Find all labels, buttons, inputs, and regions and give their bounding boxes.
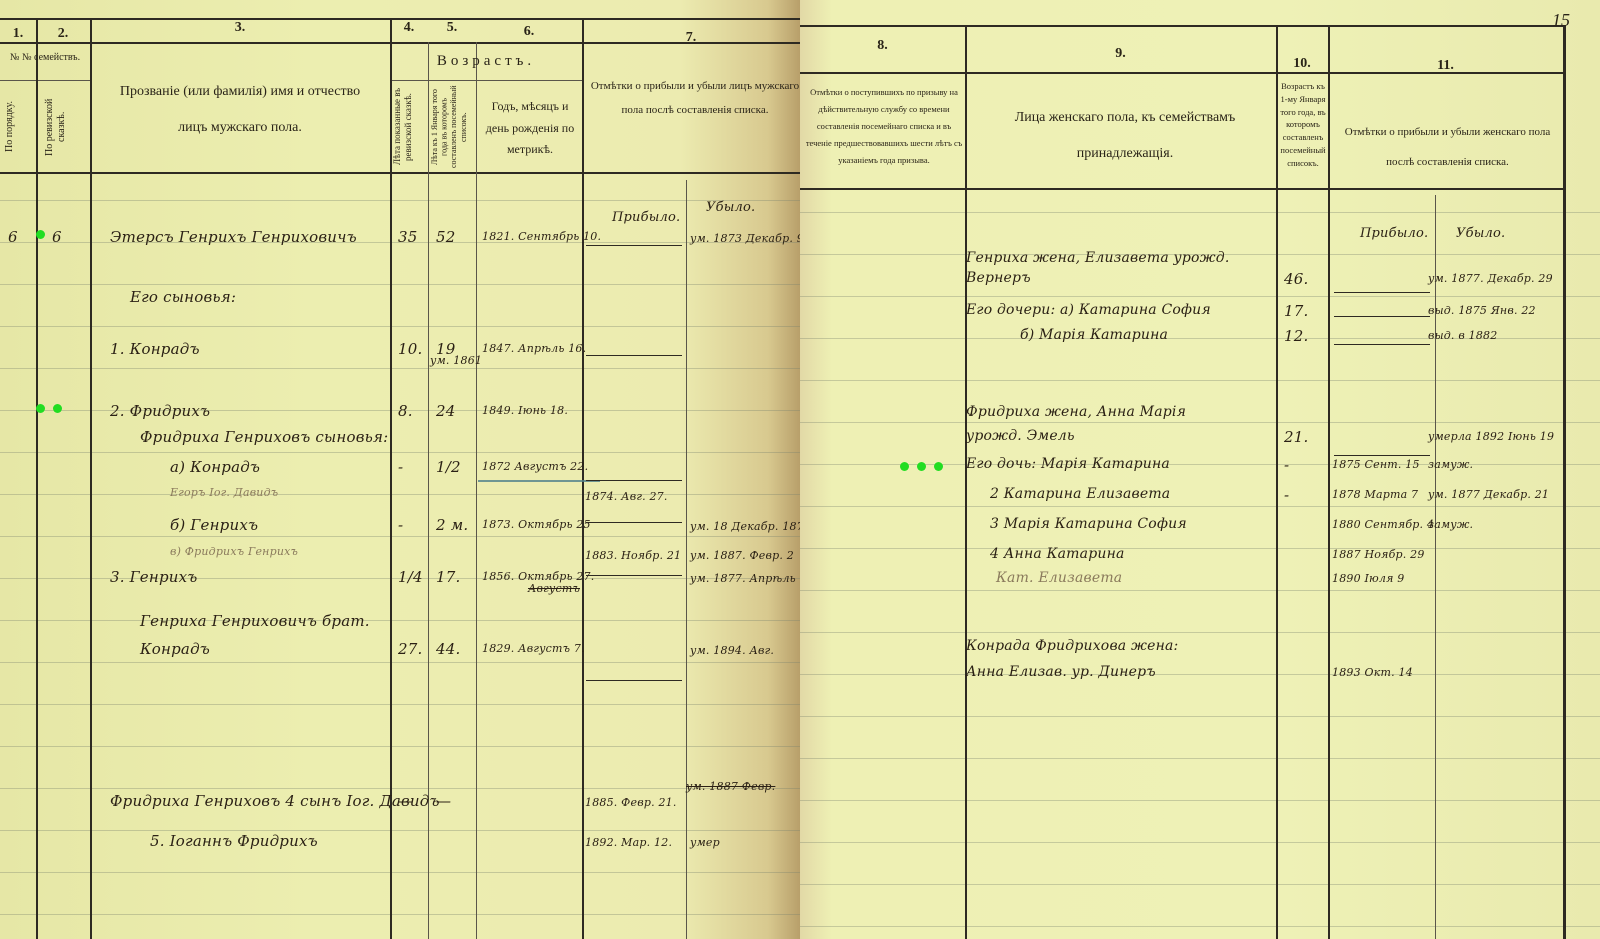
entry-birth-date: 1873. Октябрь 25 — [482, 518, 591, 531]
entry-female-age: - — [1284, 456, 1289, 474]
col-number: 9. — [965, 46, 1276, 62]
col-divider — [476, 42, 477, 939]
entry-departed: ум. 1894. Авг. — [690, 644, 774, 657]
entry-female-name: Генриха жена, Елизавета урожд. — [966, 250, 1230, 266]
col-divider — [965, 25, 967, 939]
entry-name: 2. Фридрихъ — [110, 402, 210, 420]
col7-rule — [586, 480, 682, 481]
entry-arrived: 1892. Мар. 12. — [585, 836, 672, 849]
ruled-line — [0, 620, 800, 621]
entry-birth-date: 1821. Сентябрь 10. — [482, 230, 601, 243]
col-number: 6. — [476, 24, 582, 40]
header-conscription: Отмѣтки о поступившихъ по призыву на дѣй… — [804, 84, 964, 169]
entry-female-age: 17. — [1284, 302, 1308, 320]
entry-name: Генриха Генриховичъ брат. — [140, 612, 370, 630]
entry-female-departed: замуж. — [1428, 518, 1473, 531]
entry-name: в) Фридрихъ Генрихъ — [170, 545, 298, 558]
entry-age-revision: 10. — [398, 340, 422, 358]
top-border — [800, 25, 1565, 27]
entry-age-revision: 1/4 — [398, 568, 423, 586]
entry-female-age: 12. — [1284, 327, 1308, 345]
ruled-line — [800, 758, 1600, 759]
entry-age-list: 2 м. — [436, 516, 468, 534]
entry-female-name: Кат. Елизавета — [996, 570, 1122, 586]
ruled-line — [0, 662, 800, 663]
ruled-line — [800, 506, 1600, 507]
page-number: 15 — [1552, 10, 1570, 31]
entry-arrived: 1883. Ноябр. 21 — [585, 549, 681, 562]
entry-age-list: 44. — [436, 640, 460, 658]
entry-female-name: Вернеръ — [966, 270, 1031, 286]
entry-name: Фридриха Генриховъ сыновья: — [140, 428, 388, 446]
entry-revision-number: 6 — [52, 228, 62, 246]
ruled-line — [800, 212, 1600, 213]
ruled-line — [0, 746, 800, 747]
header-age-list: Лѣта къ 1 Января того года въ которомъ с… — [430, 84, 474, 170]
ruled-line — [800, 926, 1600, 927]
header-by-revision: По ревизской сказкѣ. — [44, 86, 84, 168]
entry-birth-date: 1849. Іюнь 18. — [482, 404, 568, 417]
entry-female-departed: ум. 1877. Декабр. 29 — [1428, 272, 1553, 285]
entry-female-arrived: 1875 Сент. 15 — [1332, 458, 1420, 471]
entry-name: 5. Іоганнъ Фридрихъ — [150, 832, 318, 850]
entry-female-departed: умерла 1892 Іюнь 19 — [1428, 430, 1554, 443]
right-border — [1563, 25, 1566, 939]
ruled-line — [800, 632, 1600, 633]
col-divider — [90, 18, 92, 939]
ruled-line — [800, 548, 1600, 549]
col7-rule — [586, 245, 682, 246]
ruled-line — [0, 536, 800, 537]
ruled-line — [0, 704, 800, 705]
entry-departed: ум. 1887. Февр. 2 — [690, 549, 794, 562]
col7-rule — [586, 680, 682, 681]
entry-age-revision: 8. — [398, 402, 413, 420]
header-male-names: Прозваніе (или фамилія) имя и отчество л… — [110, 74, 370, 147]
entry-age-list: 17. — [436, 568, 460, 586]
entry-age-revision: — — [398, 792, 413, 810]
entry-female-name: Конрада Фридрихова жена: — [966, 638, 1178, 654]
entry-female-name: Его дочери: а) Катарина София — [966, 302, 1211, 318]
header-male-changes: Отмѣтки о прибыли и убыли лицъ мужскаго … — [590, 74, 800, 122]
entry-name: а) Конрадъ — [170, 458, 260, 476]
ruled-line — [0, 494, 800, 495]
entry-female-name: б) Марія Катарина — [1020, 327, 1168, 343]
families-group-border — [0, 80, 90, 81]
entry-departed: ум. 18 Декабр. 1874. — [690, 520, 800, 533]
ruled-line — [0, 872, 800, 873]
green-marker-dot — [934, 462, 943, 471]
ruled-line — [800, 590, 1600, 591]
left-page: 1. 2. 3. 4. 5. 6. 7. № № семействъ. По п… — [0, 0, 800, 939]
header-age-revision: Лѣта показанные въ ревизской сказкѣ. — [392, 84, 426, 170]
entry-female-name: Его дочь: Марія Катарина — [966, 456, 1170, 472]
col-divider — [1328, 25, 1330, 939]
col-divider — [36, 18, 38, 939]
col11-arrived-label: Прибыло. — [1360, 226, 1428, 241]
entry-female-name: 4 Анна Катарина — [990, 546, 1125, 562]
entry-female-age: - — [1284, 486, 1289, 504]
entry-age-revision: 27. — [398, 640, 422, 658]
entry-female-arrived: 1893 Окт. 14 — [1332, 666, 1413, 679]
green-marker-dot — [900, 462, 909, 471]
entry-age-note: ум. 1861 — [430, 354, 482, 367]
entry-birth-struck: Августъ — [528, 582, 580, 595]
entry-name: Его сыновья: — [130, 288, 236, 306]
col-number: 11. — [1328, 58, 1563, 74]
ruled-line — [800, 716, 1600, 717]
ruled-line — [0, 788, 800, 789]
entry-birth-date: 1872 Августъ 22. — [482, 460, 588, 473]
entry-age-list: 24 — [436, 402, 456, 420]
entry-birth-date: 1847. Апрѣль 16. — [482, 342, 586, 355]
ruled-line — [800, 422, 1600, 423]
entry-female-arrived: 1880 Сентябр. 4 — [1332, 518, 1434, 531]
col-number: 10. — [1276, 56, 1328, 72]
entry-female-name: 2 Катарина Елизавета — [990, 486, 1170, 502]
col-number: 3. — [90, 20, 390, 36]
col-divider — [686, 180, 687, 939]
header-female-names: Лица женскаго пола, къ семействамъ прина… — [990, 100, 1260, 173]
ruled-line — [0, 200, 800, 201]
entry-female-arrived: 1887 Ноябр. 29 — [1332, 548, 1425, 561]
header-age-group: Возрастъ. — [390, 52, 582, 71]
entry-female-name: урожд. Эмель — [966, 428, 1075, 444]
header-by-order: По порядку. — [4, 86, 32, 168]
entry-female-departed: выд. 1875 Янв. 22 — [1428, 304, 1536, 317]
col7-rule — [586, 575, 682, 576]
ruled-line — [0, 284, 800, 285]
ruled-line — [800, 674, 1600, 675]
col11-rule — [1334, 344, 1430, 345]
right-page: 8. 9. 10. 11. Отмѣтки о поступившихъ по … — [800, 0, 1600, 939]
col-divider — [582, 18, 584, 939]
entry-age-list: — — [436, 792, 451, 810]
entry-female-name: Анна Елизав. ур. Динеръ — [966, 664, 1156, 680]
header-bottom-border — [800, 188, 1565, 190]
entry-birth-date: 1829. Августъ 7. — [482, 642, 585, 655]
entry-female-age: 21. — [1284, 428, 1308, 446]
header-birth-date: Годъ, мѣсяцъ и день рожденія по метрикѣ. — [480, 96, 580, 161]
ruled-line — [0, 368, 800, 369]
green-marker-dot — [917, 462, 926, 471]
col-number: 2. — [36, 26, 90, 42]
entry-female-name: 3 Марія Катарина София — [990, 516, 1187, 532]
col-number: 1. — [0, 26, 36, 42]
col-number: 4. — [390, 20, 428, 36]
entry-arrived: 1885. Февр. 21. — [585, 796, 677, 809]
entry-name: Фридриха Генриховъ 4 сынъ Іог. Давидъ — [110, 792, 440, 810]
entry-departed: ум. 1873 Декабр. 9. — [690, 232, 800, 245]
entry-female-departed: выд. в 1882 — [1428, 329, 1497, 342]
entry-name: Этерсъ Генрихъ Генриховичъ — [110, 228, 357, 246]
ruled-line — [800, 380, 1600, 381]
col11-rule — [1334, 455, 1430, 456]
col-number: 5. — [428, 20, 476, 36]
entry-name: 1. Конрадъ — [110, 340, 200, 358]
ruled-line — [0, 830, 800, 831]
green-marker-dot — [53, 404, 62, 413]
entry-departed: умер — [690, 836, 720, 849]
families-group-header: № № семействъ. — [0, 52, 90, 65]
col7-rule — [586, 355, 682, 356]
col-number: 8. — [800, 38, 965, 54]
entry-departed-struck: ум. 1887 Февр. — [686, 780, 775, 793]
ruled-line — [800, 800, 1600, 801]
entry-name: б) Генрихъ — [170, 516, 258, 534]
header-bottom-border — [0, 172, 800, 174]
header-female-changes: Отмѣтки о прибыли и убыли женскаго пола … — [1340, 118, 1555, 177]
entry-age-list: 1/2 — [436, 458, 461, 476]
ruled-line — [0, 452, 800, 453]
ruled-line — [800, 842, 1600, 843]
entry-arrived: 1874. Авг. 27. — [585, 490, 668, 503]
entry-order-number: 6 — [8, 228, 18, 246]
entry-name: 3. Генрихъ — [110, 568, 198, 586]
col7-left-label: Убыло. — [706, 200, 755, 215]
col-number: 7. — [582, 30, 800, 46]
entry-name: Егоръ Іог. Давидъ — [170, 486, 278, 499]
age-group-border — [390, 80, 582, 81]
entry-female-departed: замуж. — [1428, 458, 1473, 471]
col7-rule — [586, 522, 682, 523]
col7-arrived-label: Прибыло. — [612, 210, 680, 225]
blue-underline — [478, 480, 600, 482]
col11-rule — [1334, 292, 1430, 293]
entry-departed: ум. 1877. Апрѣль — [690, 572, 796, 585]
ruled-line — [0, 326, 800, 327]
col11-rule — [1334, 316, 1430, 317]
entry-age-revision: 35 — [398, 228, 418, 246]
entry-female-departed: ум. 1877 Декабр. 21 — [1428, 488, 1549, 501]
ruled-line — [800, 296, 1600, 297]
entry-name: Конрадъ — [140, 640, 210, 658]
green-marker-dot — [36, 230, 45, 239]
entry-female-arrived: 1878 Марта 7 — [1332, 488, 1418, 501]
entry-age-revision: - — [398, 516, 403, 534]
entry-age-revision: - — [398, 458, 403, 476]
entry-age-list: 52 — [436, 228, 456, 246]
entry-female-arrived: 1890 Іюля 9 — [1332, 572, 1405, 585]
col11-left-label: Убыло. — [1456, 226, 1505, 241]
header-female-age: Возрастъ къ 1-му Января того года, въ ко… — [1278, 80, 1328, 169]
ruled-line — [0, 914, 800, 915]
green-marker-dot — [36, 404, 45, 413]
entry-female-age: 46. — [1284, 270, 1308, 288]
entry-female-name: Фридриха жена, Анна Марія — [966, 404, 1186, 420]
ruled-line — [800, 884, 1600, 885]
